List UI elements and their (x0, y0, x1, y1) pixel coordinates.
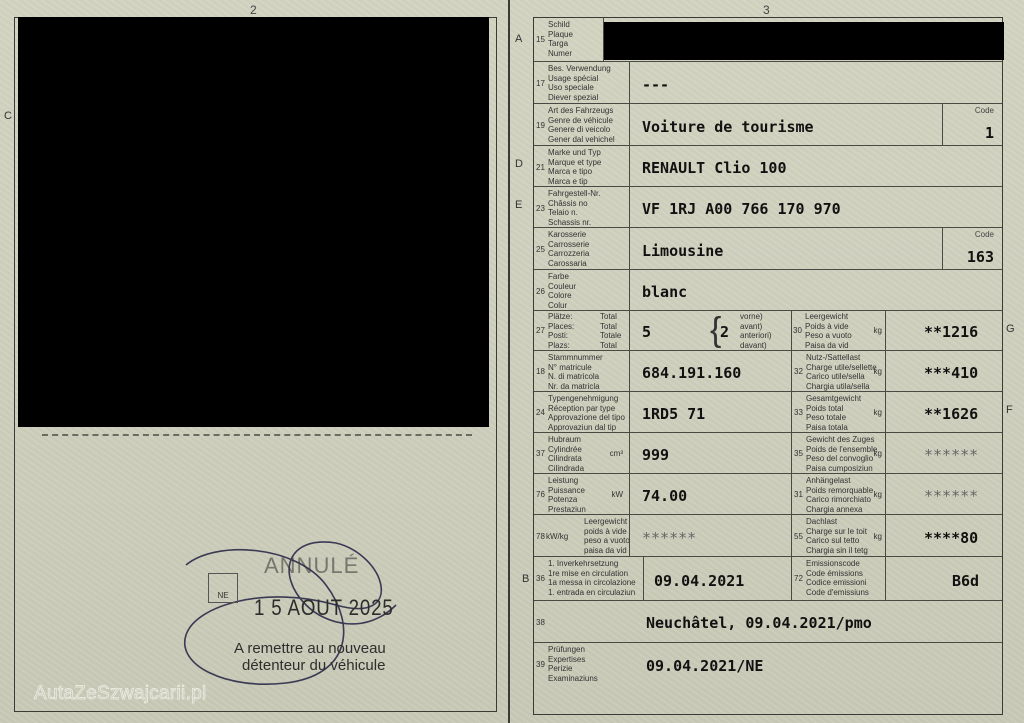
total-weight-value: **1626 (924, 405, 978, 423)
watermark: AutaZeSzwajcarii.pl (34, 683, 207, 705)
field-36-first-registration-72-emissions: 36 1. Inverkehrsetzung 1re mise en circu… (534, 557, 1002, 601)
field-19-vehicle-type: 19 Art des Fahrzeugs Genre de véhicule G… (534, 104, 1002, 146)
body-type-value: Limousine (642, 242, 723, 260)
field-17-special-use: 17 Bes. Verwendung Usage spécial Uso spe… (534, 62, 1002, 104)
chassis-number-value: VF 1RJ A00 766 170 970 (642, 200, 841, 218)
power-value: 74.00 (642, 487, 687, 505)
towing-weight-value: ****** (924, 487, 978, 505)
stamp-date: 1 5 AOUT 2025 (254, 595, 394, 621)
field-18-matricule-32-payload: 18 Stammnummer N° matricule N. di matric… (534, 351, 1002, 392)
field-27-seats-30-empty-weight: 27 Plätze: Places: Posti: Plazs: Total T… (534, 311, 1002, 351)
power-to-weight-value: ****** (642, 529, 696, 547)
field-23-chassis: 23 Fahrgestell-Nr. Châssis no Telaio n. … (534, 187, 1002, 228)
displacement-value: 999 (642, 446, 669, 464)
side-letter-d: D (515, 158, 523, 170)
registration-table: 15 Schild Plaque Targa Numer 17 Bes. Ver… (533, 17, 1003, 715)
field-21-make-model: 21 Marke und Typ Marque et type Marca e … (534, 146, 1002, 187)
first-registration-value: 09.04.2021 (654, 572, 744, 590)
page-number-right: 3 (763, 3, 770, 17)
cancellation-stamp: NE ANNULÉ 1 5 AOUT 2025 A remettre au no… (176, 535, 421, 690)
make-model-value: RENAULT Clio 100 (642, 159, 787, 177)
canton-ne-seal: NE (208, 573, 238, 603)
empty-weight-value: **1216 (924, 323, 978, 341)
field-39-inspections: 39 Prüfungen Expertises Perizie Examinaz… (534, 643, 1002, 714)
type-approval-value: 1RD5 71 (642, 405, 705, 423)
payload-value: ***410 (924, 364, 978, 382)
field-38-issued: 38 Neuchâtel, 09.04.2021/pmo (534, 601, 1002, 643)
vehicle-type-value: Voiture de tourisme (642, 118, 814, 136)
perforation-line (42, 434, 472, 436)
seats-total-value: 5 (642, 323, 651, 341)
train-weight-value: ****** (924, 446, 978, 464)
field-24-type-approval-33-total-weight: 24 Typengenehmigung Réception par type A… (534, 392, 1002, 433)
right-page: 3 A D E B G F 15 Schild Plaque Targa Num… (510, 0, 1024, 723)
special-use-value: --- (642, 76, 669, 94)
emissions-code-value: B6d (952, 572, 979, 590)
body-type-code: Code 163 (942, 228, 1002, 269)
side-letter-b: B (522, 573, 529, 585)
field-25-body: 25 Karosserie Carrosserie Carrozzeria Ca… (534, 228, 1002, 270)
redacted-plate (604, 22, 1004, 60)
stamp-annule-text: ANNULÉ (264, 553, 359, 579)
field-26-colour: 26 Farbe Couleur Colore Colur blanc (534, 270, 1002, 311)
left-page: 2 C NE ANNULÉ 1 5 AOUT 2025 A remettre a… (0, 0, 508, 723)
field-78-power-weight-55-roof-load: 78 kW/kg Leergewicht poids à vide peso a… (534, 515, 1002, 557)
colour-value: blanc (642, 283, 687, 301)
matricule-value: 684.191.160 (642, 364, 741, 382)
side-letter-c: C (4, 110, 12, 122)
page-number-left: 2 (250, 3, 257, 17)
redacted-holder-block (18, 17, 489, 427)
field-76-power-31-towing: 76 Leistung Puissance Potenza Prestaziun… (534, 474, 1002, 515)
side-letter-e: E (515, 199, 522, 211)
vehicle-type-code: Code 1 (942, 104, 1002, 145)
seats-front-value: 2 (720, 323, 729, 341)
issued-place-date-value: Neuchâtel, 09.04.2021/pmo (646, 614, 872, 632)
side-letter-f: F (1006, 404, 1013, 416)
roof-load-value: ****80 (924, 529, 978, 547)
field-15-plate: 15 Schild Plaque Targa Numer (534, 18, 1002, 62)
side-letter-a: A (515, 33, 522, 45)
stamp-message-line1: A remettre au nouveau (234, 640, 386, 657)
field-37-displacement-35-train-weight: 37 Hubraum Cylindrée Cilindrata Cilindra… (534, 433, 1002, 474)
stamp-message-line2: détenteur du véhicule (242, 657, 385, 674)
side-letter-g: G (1006, 323, 1015, 335)
inspection-value: 09.04.2021/NE (646, 657, 763, 675)
